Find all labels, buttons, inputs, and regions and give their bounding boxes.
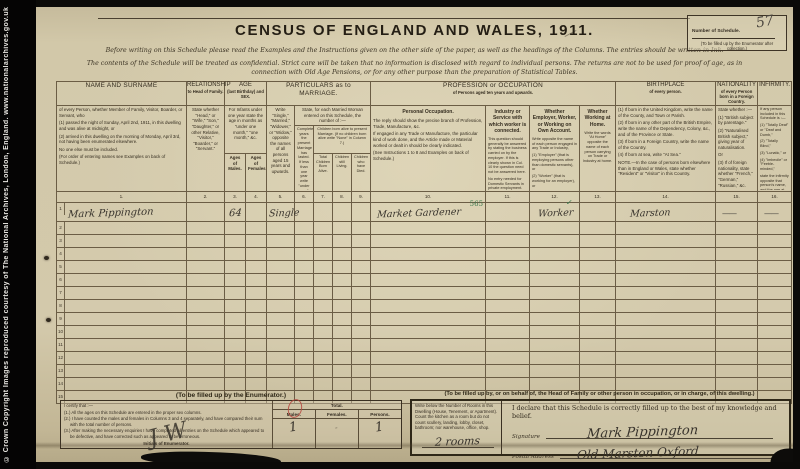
cell-nationality bbox=[716, 378, 758, 391]
table-row: 5 bbox=[57, 261, 792, 274]
cell-children_living bbox=[333, 326, 352, 339]
col-desc-relationship: State whether "Head," or "Wife," "Son," … bbox=[187, 106, 225, 192]
cell-age_female bbox=[246, 378, 267, 391]
cell-age_female bbox=[246, 274, 267, 287]
cell-birthplace bbox=[616, 352, 716, 365]
row-number: 1 bbox=[57, 203, 65, 215]
cell-years_married bbox=[295, 313, 314, 326]
cell-occupation bbox=[371, 222, 486, 235]
cell-age_female bbox=[246, 287, 267, 300]
cell-infirmity bbox=[758, 326, 792, 339]
cell-years_married bbox=[295, 326, 314, 339]
cell-at_home bbox=[580, 203, 616, 222]
col-title-age: AGE(last Birthday) and SEX. bbox=[225, 82, 267, 106]
cell-infirmity bbox=[758, 300, 792, 313]
cell-birthplace bbox=[616, 274, 716, 287]
cell-children_died bbox=[352, 313, 371, 326]
cell-age_female bbox=[246, 339, 267, 352]
col-title-name: NAME AND SURNAME bbox=[57, 82, 187, 106]
cell-employment bbox=[530, 235, 580, 248]
cell-industry bbox=[486, 300, 530, 313]
cell-at_home bbox=[580, 339, 616, 352]
cell-children_born bbox=[314, 222, 333, 235]
cell-children_living bbox=[333, 203, 352, 222]
cell-birthplace bbox=[616, 339, 716, 352]
cell-age_female bbox=[246, 313, 267, 326]
cell-marriage bbox=[267, 261, 295, 274]
cell-children_living bbox=[333, 300, 352, 313]
cell-occupation bbox=[371, 248, 486, 261]
cell-marriage bbox=[267, 248, 295, 261]
cell-name: 13 bbox=[57, 365, 187, 378]
cell-name: 4 bbox=[57, 248, 187, 261]
cell-marriage bbox=[267, 326, 295, 339]
col-desc-employer: Whether Employer, Worker, or Working on … bbox=[530, 106, 580, 192]
table-row: 1Mark Pippington64SingleMarket Gardener5… bbox=[57, 203, 792, 222]
row-number: 12 bbox=[57, 352, 65, 364]
paper-tear bbox=[141, 450, 281, 462]
cell-occupation bbox=[371, 274, 486, 287]
cell-relationship bbox=[187, 287, 225, 300]
enumerator-heading: (To be filled up by the Enumerator.) bbox=[56, 392, 406, 399]
cell-infirmity bbox=[758, 365, 792, 378]
cell-infirmity bbox=[758, 313, 792, 326]
cell-relationship bbox=[187, 203, 225, 222]
cell-marriage: Single bbox=[267, 203, 295, 222]
col-desc-years-married: Completed years the present Marriage has… bbox=[295, 126, 314, 192]
cell-children_died bbox=[352, 203, 371, 222]
cell-marriage bbox=[267, 222, 295, 235]
cell-industry bbox=[486, 248, 530, 261]
cell-marriage bbox=[267, 300, 295, 313]
cell-occupation bbox=[371, 235, 486, 248]
cell-at_home bbox=[580, 235, 616, 248]
col-desc-industry: Industry or Service with which worker is… bbox=[486, 106, 530, 192]
cell-marriage bbox=[267, 287, 295, 300]
cell-children_living bbox=[333, 365, 352, 378]
cell-infirmity: —— bbox=[758, 203, 792, 222]
cell-birthplace bbox=[616, 235, 716, 248]
scan-frame: © Crown Copyright Images reproduced cour… bbox=[0, 0, 800, 469]
cell-industry bbox=[486, 235, 530, 248]
cell-nationality bbox=[716, 313, 758, 326]
col-label-children-living: Children still Living. bbox=[333, 154, 352, 192]
cell-relationship bbox=[187, 300, 225, 313]
cell-infirmity bbox=[758, 261, 792, 274]
cell-age_male bbox=[225, 326, 246, 339]
cell-children_born bbox=[314, 261, 333, 274]
cell-years_married bbox=[295, 287, 314, 300]
handwritten-employment: Worker bbox=[538, 208, 574, 219]
cell-nationality bbox=[716, 274, 758, 287]
cell-marriage bbox=[267, 235, 295, 248]
table-row: 14 bbox=[57, 378, 792, 391]
cell-employment bbox=[530, 300, 580, 313]
cell-children_died bbox=[352, 378, 371, 391]
cell-at_home bbox=[580, 261, 616, 274]
cell-at_home bbox=[580, 313, 616, 326]
row-number: 3 bbox=[57, 235, 65, 247]
census-schedule-paper: CENSUS OF ENGLAND AND WALES, 1911. Befor… bbox=[36, 7, 793, 462]
col-desc-infirmity: If any person included in this Schedule … bbox=[758, 106, 792, 192]
cell-name: 3 bbox=[57, 235, 187, 248]
cell-nationality bbox=[716, 222, 758, 235]
cell-children_died bbox=[352, 274, 371, 287]
postal-address-label: Postal Address bbox=[512, 454, 554, 460]
cell-age_male bbox=[225, 261, 246, 274]
cell-employment bbox=[530, 365, 580, 378]
cell-employment bbox=[530, 313, 580, 326]
cell-age_female bbox=[246, 222, 267, 235]
cell-children_born bbox=[314, 203, 333, 222]
cell-children_died bbox=[352, 287, 371, 300]
cell-children_born bbox=[314, 326, 333, 339]
table-row: 10 bbox=[57, 326, 792, 339]
cell-age_male bbox=[225, 222, 246, 235]
cell-birthplace bbox=[616, 365, 716, 378]
cell-employment bbox=[530, 287, 580, 300]
cell-children_living bbox=[333, 313, 352, 326]
cell-children_died bbox=[352, 235, 371, 248]
row-number: 7 bbox=[57, 287, 65, 299]
table-row: 13 bbox=[57, 365, 792, 378]
cell-infirmity bbox=[758, 222, 792, 235]
declaration-text: I declare that this Schedule is correctl… bbox=[512, 404, 779, 420]
col-desc-at-home: Whether Working at Home. Write the words… bbox=[580, 106, 616, 192]
cell-at_home bbox=[580, 287, 616, 300]
cell-occupation bbox=[371, 313, 486, 326]
cell-children_born bbox=[314, 287, 333, 300]
cell-age_male bbox=[225, 313, 246, 326]
paper-hole bbox=[44, 256, 49, 260]
col-desc-children-group: Children born alive to present Marriage.… bbox=[314, 126, 371, 154]
cell-age_male bbox=[225, 300, 246, 313]
cell-age_male bbox=[225, 287, 246, 300]
cell-at_home bbox=[580, 248, 616, 261]
table-row: 8 bbox=[57, 300, 792, 313]
col-title-infirmity: INFIRMITY. bbox=[758, 82, 792, 106]
cell-nationality bbox=[716, 287, 758, 300]
signature-value: Mark Pippington bbox=[586, 424, 698, 441]
cell-occupation: Market Gardener565 bbox=[371, 203, 486, 222]
cell-infirmity bbox=[758, 235, 792, 248]
cell-at_home bbox=[580, 326, 616, 339]
cell-children_died bbox=[352, 300, 371, 313]
cell-industry bbox=[486, 339, 530, 352]
cell-marriage bbox=[267, 352, 295, 365]
cell-name: 10 bbox=[57, 326, 187, 339]
cell-birthplace: Marston bbox=[616, 203, 716, 222]
cell-birthplace bbox=[616, 222, 716, 235]
cell-at_home bbox=[580, 300, 616, 313]
cell-children_living bbox=[333, 235, 352, 248]
cell-years_married bbox=[295, 235, 314, 248]
column-numbers-row: 1. 2. 3. 4. 5. 6. 7. 8. 9. 10. 11. 12. 1… bbox=[57, 192, 792, 203]
cell-industry bbox=[486, 352, 530, 365]
paper-hole bbox=[46, 318, 51, 322]
cell-employment bbox=[530, 326, 580, 339]
table-row: 4 bbox=[57, 248, 792, 261]
cell-birthplace bbox=[616, 261, 716, 274]
cell-children_living bbox=[333, 222, 352, 235]
cell-age_female bbox=[246, 235, 267, 248]
row-number: 8 bbox=[57, 300, 65, 312]
handwritten-marriage: Single bbox=[269, 208, 300, 219]
cell-employment bbox=[530, 222, 580, 235]
cell-years_married bbox=[295, 261, 314, 274]
cell-age_female bbox=[246, 352, 267, 365]
col-label-children-born: Total Children Born Alive. bbox=[314, 154, 333, 192]
enumerator-declaration: I certify that :— (1.) All the ages on t… bbox=[61, 401, 272, 448]
row-number: 5 bbox=[57, 261, 65, 273]
schedule-number-box: Number of Schedule. 57 (To be filled up … bbox=[687, 15, 787, 51]
cell-age_male bbox=[225, 352, 246, 365]
cell-relationship bbox=[187, 261, 225, 274]
cell-marriage bbox=[267, 365, 295, 378]
cell-age_male bbox=[225, 235, 246, 248]
col-title-nationality: NATIONALITYof every Person born in a For… bbox=[716, 82, 758, 106]
cell-children_living bbox=[333, 274, 352, 287]
col-desc-nationality: State whether :— (1) "British subject by… bbox=[716, 106, 758, 192]
cell-children_born bbox=[314, 313, 333, 326]
cell-occupation bbox=[371, 326, 486, 339]
col-desc-birthplace: (1) If born in the United Kingdom, write… bbox=[616, 106, 716, 192]
col-desc-name: of every Person, whether Member of Famil… bbox=[57, 106, 187, 192]
cell-nationality bbox=[716, 248, 758, 261]
cell-years_married bbox=[295, 352, 314, 365]
cell-relationship bbox=[187, 365, 225, 378]
cell-at_home bbox=[580, 222, 616, 235]
row-number: 11 bbox=[57, 339, 65, 351]
table-row: 2 bbox=[57, 222, 792, 235]
cell-age_male bbox=[225, 365, 246, 378]
cell-relationship bbox=[187, 326, 225, 339]
cell-employment: Worker✓ bbox=[530, 203, 580, 222]
cell-children_born bbox=[314, 378, 333, 391]
cell-years_married bbox=[295, 378, 314, 391]
row-number: 4 bbox=[57, 248, 65, 260]
cell-occupation bbox=[371, 339, 486, 352]
cell-age_female bbox=[246, 261, 267, 274]
postal-address-value: Old Marston Oxford bbox=[577, 445, 700, 461]
cell-birthplace bbox=[616, 313, 716, 326]
col-label-ages-males: Ages of Males. bbox=[225, 154, 246, 192]
schedule-number-note: (To be filled up by the Enumerator after… bbox=[692, 41, 782, 52]
cell-infirmity bbox=[758, 352, 792, 365]
census-table: NAME AND SURNAME RELATIONSHIPto Head of … bbox=[56, 81, 792, 404]
cell-infirmity bbox=[758, 248, 792, 261]
cell-name: 12 bbox=[57, 352, 187, 365]
cell-industry bbox=[486, 222, 530, 235]
table-row: 11 bbox=[57, 339, 792, 352]
cell-children_born bbox=[314, 352, 333, 365]
green-tick-icon: ✓ bbox=[566, 198, 574, 208]
cell-children_living bbox=[333, 378, 352, 391]
table-row: 7 bbox=[57, 287, 792, 300]
cell-relationship bbox=[187, 378, 225, 391]
cell-occupation bbox=[371, 352, 486, 365]
cell-at_home bbox=[580, 378, 616, 391]
handwritten-age_male: 64 bbox=[229, 209, 242, 219]
handwritten-name: Mark Pippington bbox=[68, 207, 154, 220]
cell-employment bbox=[530, 378, 580, 391]
top-rule bbox=[98, 18, 690, 19]
cell-years_married bbox=[295, 248, 314, 261]
cell-industry bbox=[486, 313, 530, 326]
cell-industry bbox=[486, 365, 530, 378]
cell-employment bbox=[530, 352, 580, 365]
cell-years_married bbox=[295, 365, 314, 378]
cell-occupation bbox=[371, 300, 486, 313]
cell-at_home bbox=[580, 365, 616, 378]
cell-birthplace bbox=[616, 326, 716, 339]
cell-employment bbox=[530, 261, 580, 274]
cell-age_female bbox=[246, 203, 267, 222]
cell-nationality bbox=[716, 326, 758, 339]
cell-infirmity bbox=[758, 339, 792, 352]
cell-relationship bbox=[187, 222, 225, 235]
signature-label: Signature bbox=[512, 434, 540, 440]
cell-name: 8 bbox=[57, 300, 187, 313]
cell-years_married bbox=[295, 274, 314, 287]
cell-age_male bbox=[225, 274, 246, 287]
col-desc-married-women: State, for each Married Woman entered on… bbox=[295, 106, 371, 126]
cell-age_male bbox=[225, 378, 246, 391]
col-title-marriage: PARTICULARS as to MARRIAGE. bbox=[267, 82, 371, 106]
cell-name: 5 bbox=[57, 261, 187, 274]
cell-industry bbox=[486, 326, 530, 339]
cell-at_home bbox=[580, 352, 616, 365]
cell-relationship bbox=[187, 352, 225, 365]
cell-name: 11 bbox=[57, 339, 187, 352]
cell-relationship bbox=[187, 235, 225, 248]
cell-relationship bbox=[187, 313, 225, 326]
cell-marriage bbox=[267, 274, 295, 287]
row-number: 14 bbox=[57, 378, 65, 390]
cell-nationality bbox=[716, 365, 758, 378]
cell-name: 1Mark Pippington bbox=[57, 203, 187, 222]
cell-marriage bbox=[267, 378, 295, 391]
handwritten-nationality: —— bbox=[722, 210, 736, 218]
cell-age_female bbox=[246, 248, 267, 261]
cell-birthplace bbox=[616, 287, 716, 300]
schedule-number-value: 57 bbox=[755, 13, 775, 32]
cell-occupation bbox=[371, 365, 486, 378]
cell-marriage bbox=[267, 313, 295, 326]
copyright-text: © Crown Copyright Images reproduced cour… bbox=[3, 0, 10, 469]
cell-children_living bbox=[333, 261, 352, 274]
cell-children_living bbox=[333, 248, 352, 261]
cell-children_born bbox=[314, 300, 333, 313]
cell-children_living bbox=[333, 339, 352, 352]
cell-relationship bbox=[187, 274, 225, 287]
cell-children_died bbox=[352, 248, 371, 261]
cell-employment bbox=[530, 339, 580, 352]
cell-children_died bbox=[352, 339, 371, 352]
col-label-ages-females: Ages of Females. bbox=[246, 154, 267, 192]
table-row: 3 bbox=[57, 235, 792, 248]
cell-nationality bbox=[716, 261, 758, 274]
cell-children_born bbox=[314, 339, 333, 352]
householder-heading: (To be filled up by, or on behalf of, th… bbox=[408, 391, 791, 397]
cell-name: 14 bbox=[57, 378, 187, 391]
cell-marriage bbox=[267, 339, 295, 352]
cell-children_died bbox=[352, 352, 371, 365]
handwritten-infirmity: —— bbox=[764, 210, 778, 218]
cell-years_married bbox=[295, 222, 314, 235]
cell-nationality bbox=[716, 352, 758, 365]
col-label-children-died: Children who have Died. bbox=[352, 154, 371, 192]
cell-age_male bbox=[225, 339, 246, 352]
col-title-birthplace: BIRTHPLACEof every person. bbox=[616, 82, 716, 106]
form-title: CENSUS OF ENGLAND AND WALES, 1911. bbox=[36, 22, 793, 39]
cell-years_married bbox=[295, 339, 314, 352]
row-number: 10 bbox=[57, 326, 65, 338]
cell-age_female bbox=[246, 326, 267, 339]
cell-birthplace bbox=[616, 378, 716, 391]
instruction-line-1: Before writing on this Schedule please r… bbox=[74, 47, 755, 54]
cell-nationality: —— bbox=[716, 203, 758, 222]
cell-children_died bbox=[352, 365, 371, 378]
cell-industry bbox=[486, 287, 530, 300]
cell-employment bbox=[530, 248, 580, 261]
cell-relationship bbox=[187, 248, 225, 261]
cell-children_living bbox=[333, 287, 352, 300]
cell-name: 2 bbox=[57, 222, 187, 235]
col-desc-personal-occupation: Personal Occupation. The reply should sh… bbox=[371, 106, 486, 192]
handwritten-birthplace: Marston bbox=[630, 208, 671, 219]
cell-children_born bbox=[314, 235, 333, 248]
row-number: 9 bbox=[57, 313, 65, 325]
cell-employment bbox=[530, 274, 580, 287]
occupation-code: 565 bbox=[470, 200, 483, 208]
row-number: 6 bbox=[57, 274, 65, 286]
cell-infirmity bbox=[758, 378, 792, 391]
cell-nationality bbox=[716, 235, 758, 248]
cell-years_married bbox=[295, 300, 314, 313]
signature-line: Mark Pippington bbox=[546, 427, 773, 439]
cell-children_born bbox=[314, 365, 333, 378]
cell-industry bbox=[486, 203, 530, 222]
cell-age_male: 64 bbox=[225, 203, 246, 222]
cell-name: 7 bbox=[57, 287, 187, 300]
cell-industry bbox=[486, 378, 530, 391]
handwritten-occupation: Market Gardener bbox=[377, 208, 462, 220]
instruction-line-2: The contents of the Schedule will be tre… bbox=[74, 59, 755, 78]
col-desc-age-infants: For Infants under one year state the age… bbox=[225, 106, 267, 154]
col-title-profession: PROFESSION or OCCUPATIONof Persons aged … bbox=[371, 82, 616, 106]
row-number: 13 bbox=[57, 365, 65, 377]
cell-occupation bbox=[371, 378, 486, 391]
cell-children_born bbox=[314, 274, 333, 287]
cell-occupation bbox=[371, 287, 486, 300]
cell-children_died bbox=[352, 261, 371, 274]
cell-children_died bbox=[352, 222, 371, 235]
cell-children_died bbox=[352, 326, 371, 339]
table-row: 12 bbox=[57, 352, 792, 365]
cell-at_home bbox=[580, 274, 616, 287]
table-row: 6 bbox=[57, 274, 792, 287]
cell-birthplace bbox=[616, 248, 716, 261]
cell-name: 9 bbox=[57, 313, 187, 326]
cell-infirmity bbox=[758, 287, 792, 300]
cell-children_living bbox=[333, 352, 352, 365]
cell-age_male bbox=[225, 248, 246, 261]
cell-age_female bbox=[246, 300, 267, 313]
cell-age_female bbox=[246, 365, 267, 378]
cell-name: 6 bbox=[57, 274, 187, 287]
table-row: 9 bbox=[57, 313, 792, 326]
